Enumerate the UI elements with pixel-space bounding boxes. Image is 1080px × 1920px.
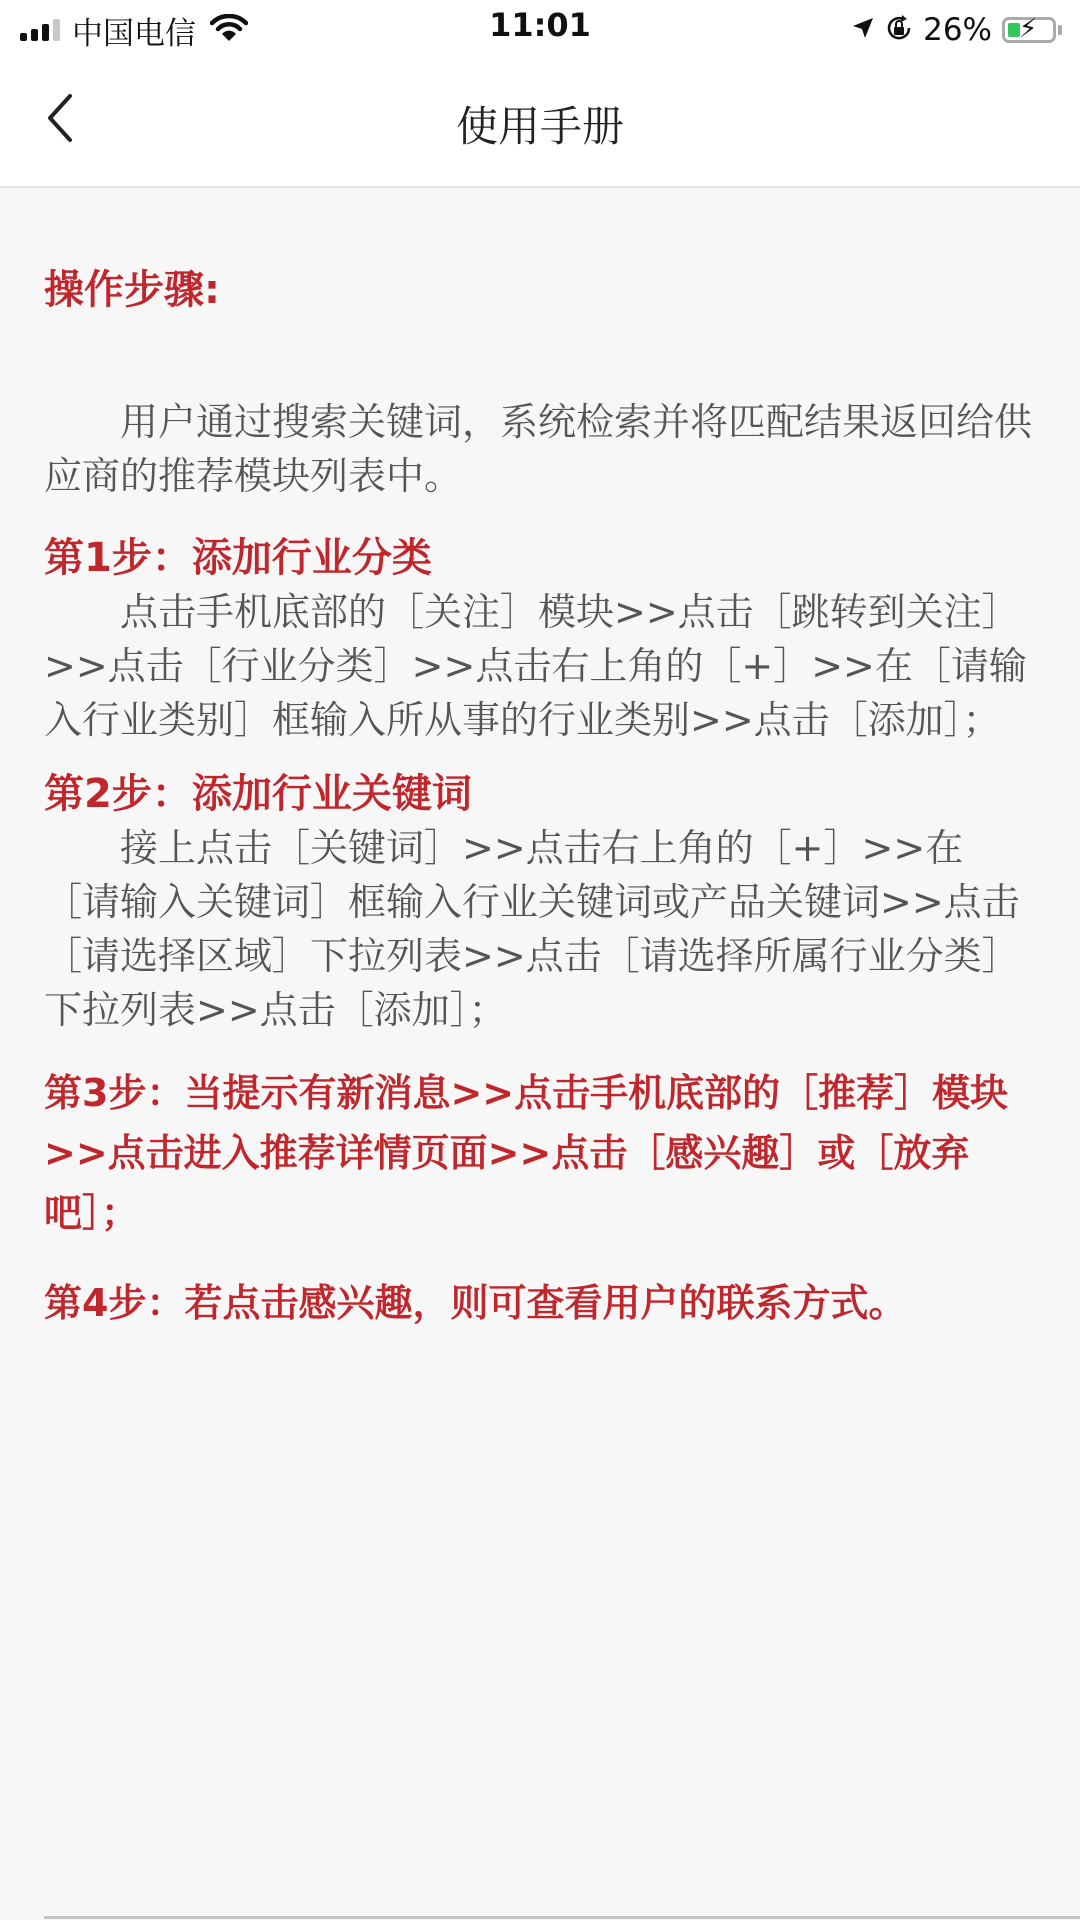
bottom-divider (44, 1916, 1080, 1919)
step-3: 第3步：当提示有新消息>>点击手机底部的［推荐］模块>>点击进入推荐详情页面>>… (44, 1063, 1036, 1243)
status-bar: 中国电信 11:01 26% ⚡ (0, 0, 1080, 60)
battery-charging-icon: ⚡ (1002, 17, 1056, 43)
step-1: 第1步：添加行业分类 点击手机底部的［关注］模块>>点击［跳转到关注］>>点击［… (44, 531, 1036, 747)
page-title: 使用手册 (0, 94, 1080, 154)
step-body: 接上点击［关键词］>>点击右上角的［+］>>在［请输入关键词］框输入行业关键词或… (44, 821, 1036, 1037)
navigation-bar: 使用手册 (0, 60, 1080, 188)
rotation-lock-icon (885, 14, 913, 46)
intro-paragraph: 用户通过搜索关键词，系统检索并将匹配结果返回给供应商的推荐模块列表中。 (44, 395, 1036, 503)
location-arrow-icon (851, 16, 875, 44)
battery-percent: 26% (923, 12, 992, 48)
section-heading: 操作步骤: (44, 258, 1036, 315)
step-4: 第4步：若点击感兴趣，则可查看用户的联系方式。 (44, 1273, 1036, 1333)
step-title: 第2步：添加行业关键词 (44, 767, 1036, 821)
step-2: 第2步：添加行业关键词 接上点击［关键词］>>点击右上角的［+］>>在［请输入关… (44, 767, 1036, 1037)
manual-content: 操作步骤: 用户通过搜索关键词，系统检索并将匹配结果返回给供应商的推荐模块列表中… (0, 188, 1080, 1333)
step-body: 点击手机底部的［关注］模块>>点击［跳转到关注］>>点击［行业分类］>>点击右上… (44, 585, 1036, 747)
step-title: 第1步：添加行业分类 (44, 531, 1036, 585)
battery-cap (1058, 25, 1062, 35)
